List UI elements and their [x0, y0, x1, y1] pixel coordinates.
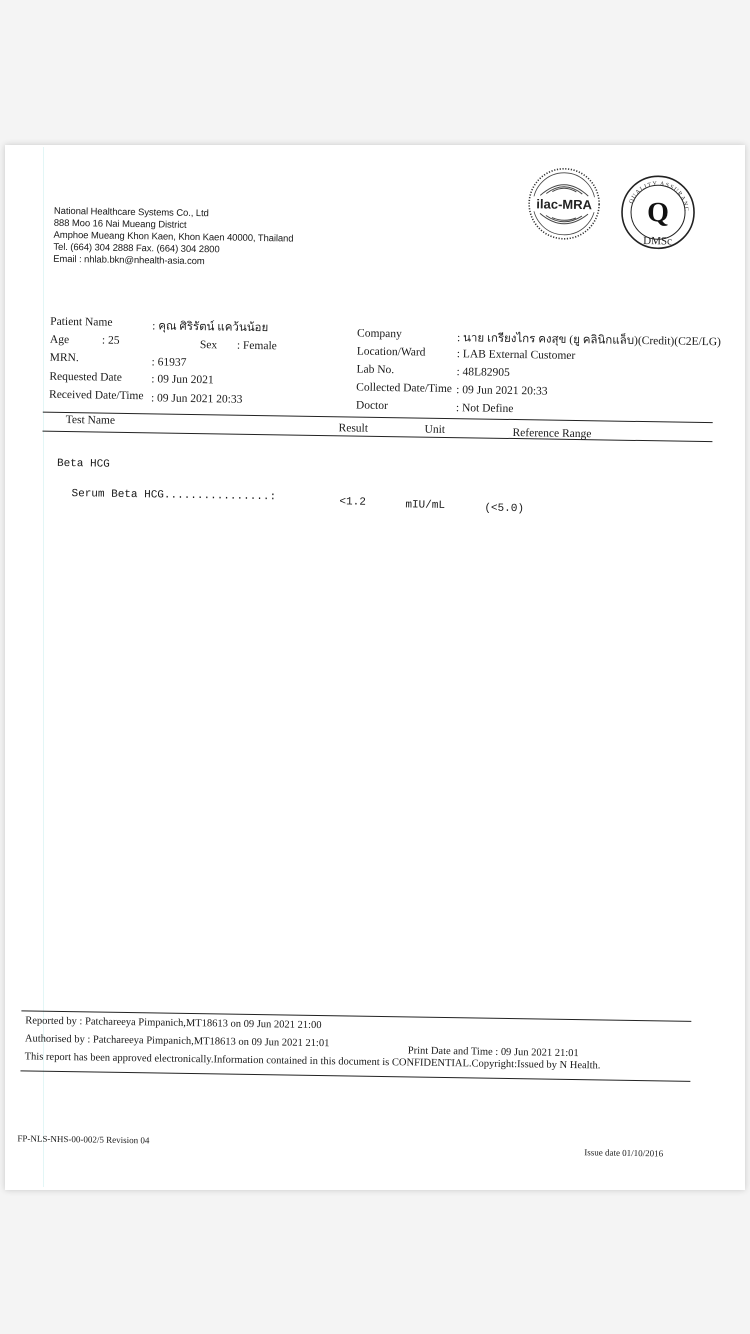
received-datetime-value: : 09 Jun 2021 20:33 — [151, 392, 243, 405]
table-header-bottom-rule — [43, 431, 713, 443]
test-name-cell: Serum Beta HCG................: — [71, 488, 276, 503]
received-datetime-label: Received Date/Time — [49, 389, 144, 402]
footer-bottom-rule — [20, 1070, 690, 1082]
sex-value: : Female — [237, 340, 277, 353]
patient-name-label: Patient Name — [50, 316, 112, 329]
table-top-rule — [43, 412, 713, 424]
mrn-value: : 61937 — [152, 356, 187, 369]
lab-report-page: National Healthcare Systems Co., Ltd 888… — [5, 145, 745, 1190]
location-ward-value: : LAB External Customer — [457, 348, 576, 362]
column-header-test-name: Test Name — [66, 414, 116, 427]
age-label: Age — [50, 334, 69, 346]
column-header-result: Result — [338, 422, 368, 434]
requested-date-value: : 09 Jun 2021 — [151, 373, 213, 386]
sex-label: Sex — [200, 339, 217, 351]
svg-text:DMSc: DMSc — [643, 235, 672, 247]
reference-range-cell: (<5.0) — [484, 503, 524, 516]
collected-datetime-value: : 09 Jun 2021 20:33 — [456, 384, 548, 397]
doctor-value: : Not Define — [456, 402, 514, 415]
form-code: FP-NLS-NHS-00-002/5 Revision 04 — [17, 1133, 149, 1145]
age-value: : 25 — [102, 335, 120, 347]
issue-date: Issue date 01/10/2016 — [584, 1147, 663, 1158]
ilac-mra-logo-icon: ilac-MRA — [526, 165, 603, 242]
unit-cell: mIU/mL — [405, 499, 445, 512]
patient-name-value: : คุณ ศิริรัตน์ แคว้นน้อย — [152, 317, 268, 337]
dmsc-quality-assurance-logo-icon: Q DMSc QUALITY ASSURANCE — [618, 173, 697, 252]
svg-text:Q: Q — [647, 197, 669, 228]
patient-info-block: Patient Name : คุณ ศิริรัตน์ แคว้นน้อย A… — [5, 145, 745, 157]
lab-no-value: : 48L82905 — [456, 366, 510, 379]
mrn-label: MRN. — [50, 352, 79, 364]
column-header-reference-range: Reference Range — [512, 427, 591, 440]
order-info-block: Company : นาย เกรียงไกร คงสุข (ยู คลินิก… — [5, 145, 745, 157]
results-table-header: Test Name Result Unit Reference Range — [5, 145, 745, 157]
test-section-title: Beta HCG — [57, 458, 110, 471]
lab-email: Email : nhlab.bkn@nhealth-asia.com — [53, 254, 293, 270]
location-ward-label: Location/Ward — [357, 346, 426, 359]
collected-datetime-label: Collected Date/Time — [356, 382, 452, 396]
report-signoff-block: Reported by : Patchareeya Pimpanich,MT18… — [5, 145, 745, 157]
svg-text:ilac-MRA: ilac-MRA — [536, 196, 592, 212]
lab-address-block: National Healthcare Systems Co., Ltd 888… — [53, 206, 294, 270]
column-header-unit: Unit — [424, 424, 445, 436]
table-row: Serum Beta HCG................: <1.2 mIU… — [5, 145, 745, 157]
doctor-label: Doctor — [356, 400, 388, 413]
lab-no-label: Lab No. — [356, 364, 394, 377]
reported-by: Reported by : Patchareeya Pimpanich,MT18… — [25, 1015, 321, 1031]
lab-report-content: National Healthcare Systems Co., Ltd 888… — [0, 145, 745, 1201]
result-cell: <1.2 — [339, 496, 366, 508]
requested-date-label: Requested Date — [49, 371, 122, 384]
authorised-by: Authorised by : Patchareeya Pimpanich,MT… — [25, 1033, 330, 1049]
company-label: Company — [357, 328, 402, 341]
